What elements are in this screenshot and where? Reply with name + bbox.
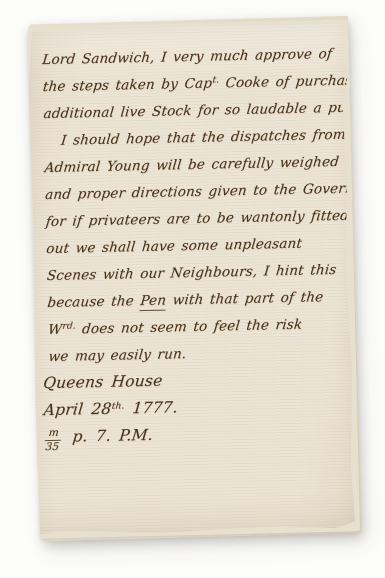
text-seg: W	[47, 322, 63, 338]
letter-body: Lord Sandwich, I very much approve of th…	[41, 43, 351, 454]
text-seg: and proper directions given to the Gover…	[44, 180, 369, 203]
superscript-text: rd.	[62, 321, 77, 331]
time-fraction-numerator: m	[45, 428, 62, 441]
text-seg: Lord Sandwich, I very much approve of	[42, 46, 333, 68]
text-seg: Scenes with our Neighbours, I hint this	[46, 262, 337, 284]
text-seg: Admiral Young will be carefully weighed	[44, 154, 340, 176]
handwritten-text: m35 p. 7. P.M.	[44, 426, 154, 453]
text-seg: p. 7. P.M.	[63, 426, 153, 446]
handwritten-text: I should hope that the dispatches from	[60, 127, 346, 149]
text-seg: the steps taken by Cap	[42, 76, 213, 96]
text-seg: additional live Stock for so laudable a …	[43, 99, 363, 122]
handwritten-text: Scenes with our Neighbours, I hint this	[46, 262, 337, 284]
handwritten-text: and proper directions given to the Gover…	[44, 180, 369, 203]
closing-time-line: m35 p. 7. P.M.	[49, 421, 351, 454]
letter-paper: Lord Sandwich, I very much approve of th…	[28, 23, 358, 538]
handwritten-text: for if privateers are to be wantonly fit…	[45, 208, 350, 230]
text-seg: we may easily run.	[48, 346, 187, 365]
handwritten-text: we may easily run.	[48, 346, 187, 365]
text-seg: for if privateers are to be wantonly fit…	[45, 208, 350, 230]
superscript-text: th.	[111, 401, 125, 411]
handwritten-text: the steps taken by Capt. Cooke of purcha…	[42, 72, 375, 95]
text-seg: because the	[47, 293, 142, 311]
text-seg: does not seem to feel the risk	[75, 317, 303, 338]
handwritten-text: because the Pen with that part of the	[47, 289, 325, 311]
letter-photograph: Lord Sandwich, I very much approve of th…	[0, 0, 385, 578]
text-seg: April 28	[43, 400, 113, 419]
handwritten-text: April 28th. 1777.	[43, 398, 179, 419]
handwritten-text: Lord Sandwich, I very much approve of	[42, 46, 333, 68]
text-seg: I should hope that the dispatches from	[60, 127, 346, 149]
handwritten-text: additional live Stock for so laudable a …	[43, 99, 363, 122]
text-seg: 1777.	[123, 398, 178, 417]
underlined-word-pen: Pen	[139, 293, 167, 312]
text-seg: Queens House	[42, 372, 163, 393]
handwritten-text: Admiral Young will be carefully weighed	[44, 154, 340, 176]
handwritten-text: Queens House	[42, 372, 163, 393]
text-seg: Cooke of purchasing	[218, 72, 375, 91]
handwritten-text: out we shall have some unpleasant	[45, 236, 302, 257]
handwritten-text: Wrd. does not seem to feel the risk	[47, 317, 303, 338]
time-fraction: m35	[44, 428, 63, 453]
time-fraction-denominator: 35	[44, 441, 61, 453]
text-seg: out we shall have some unpleasant	[45, 236, 302, 257]
text-seg: with that part of the	[165, 289, 324, 308]
